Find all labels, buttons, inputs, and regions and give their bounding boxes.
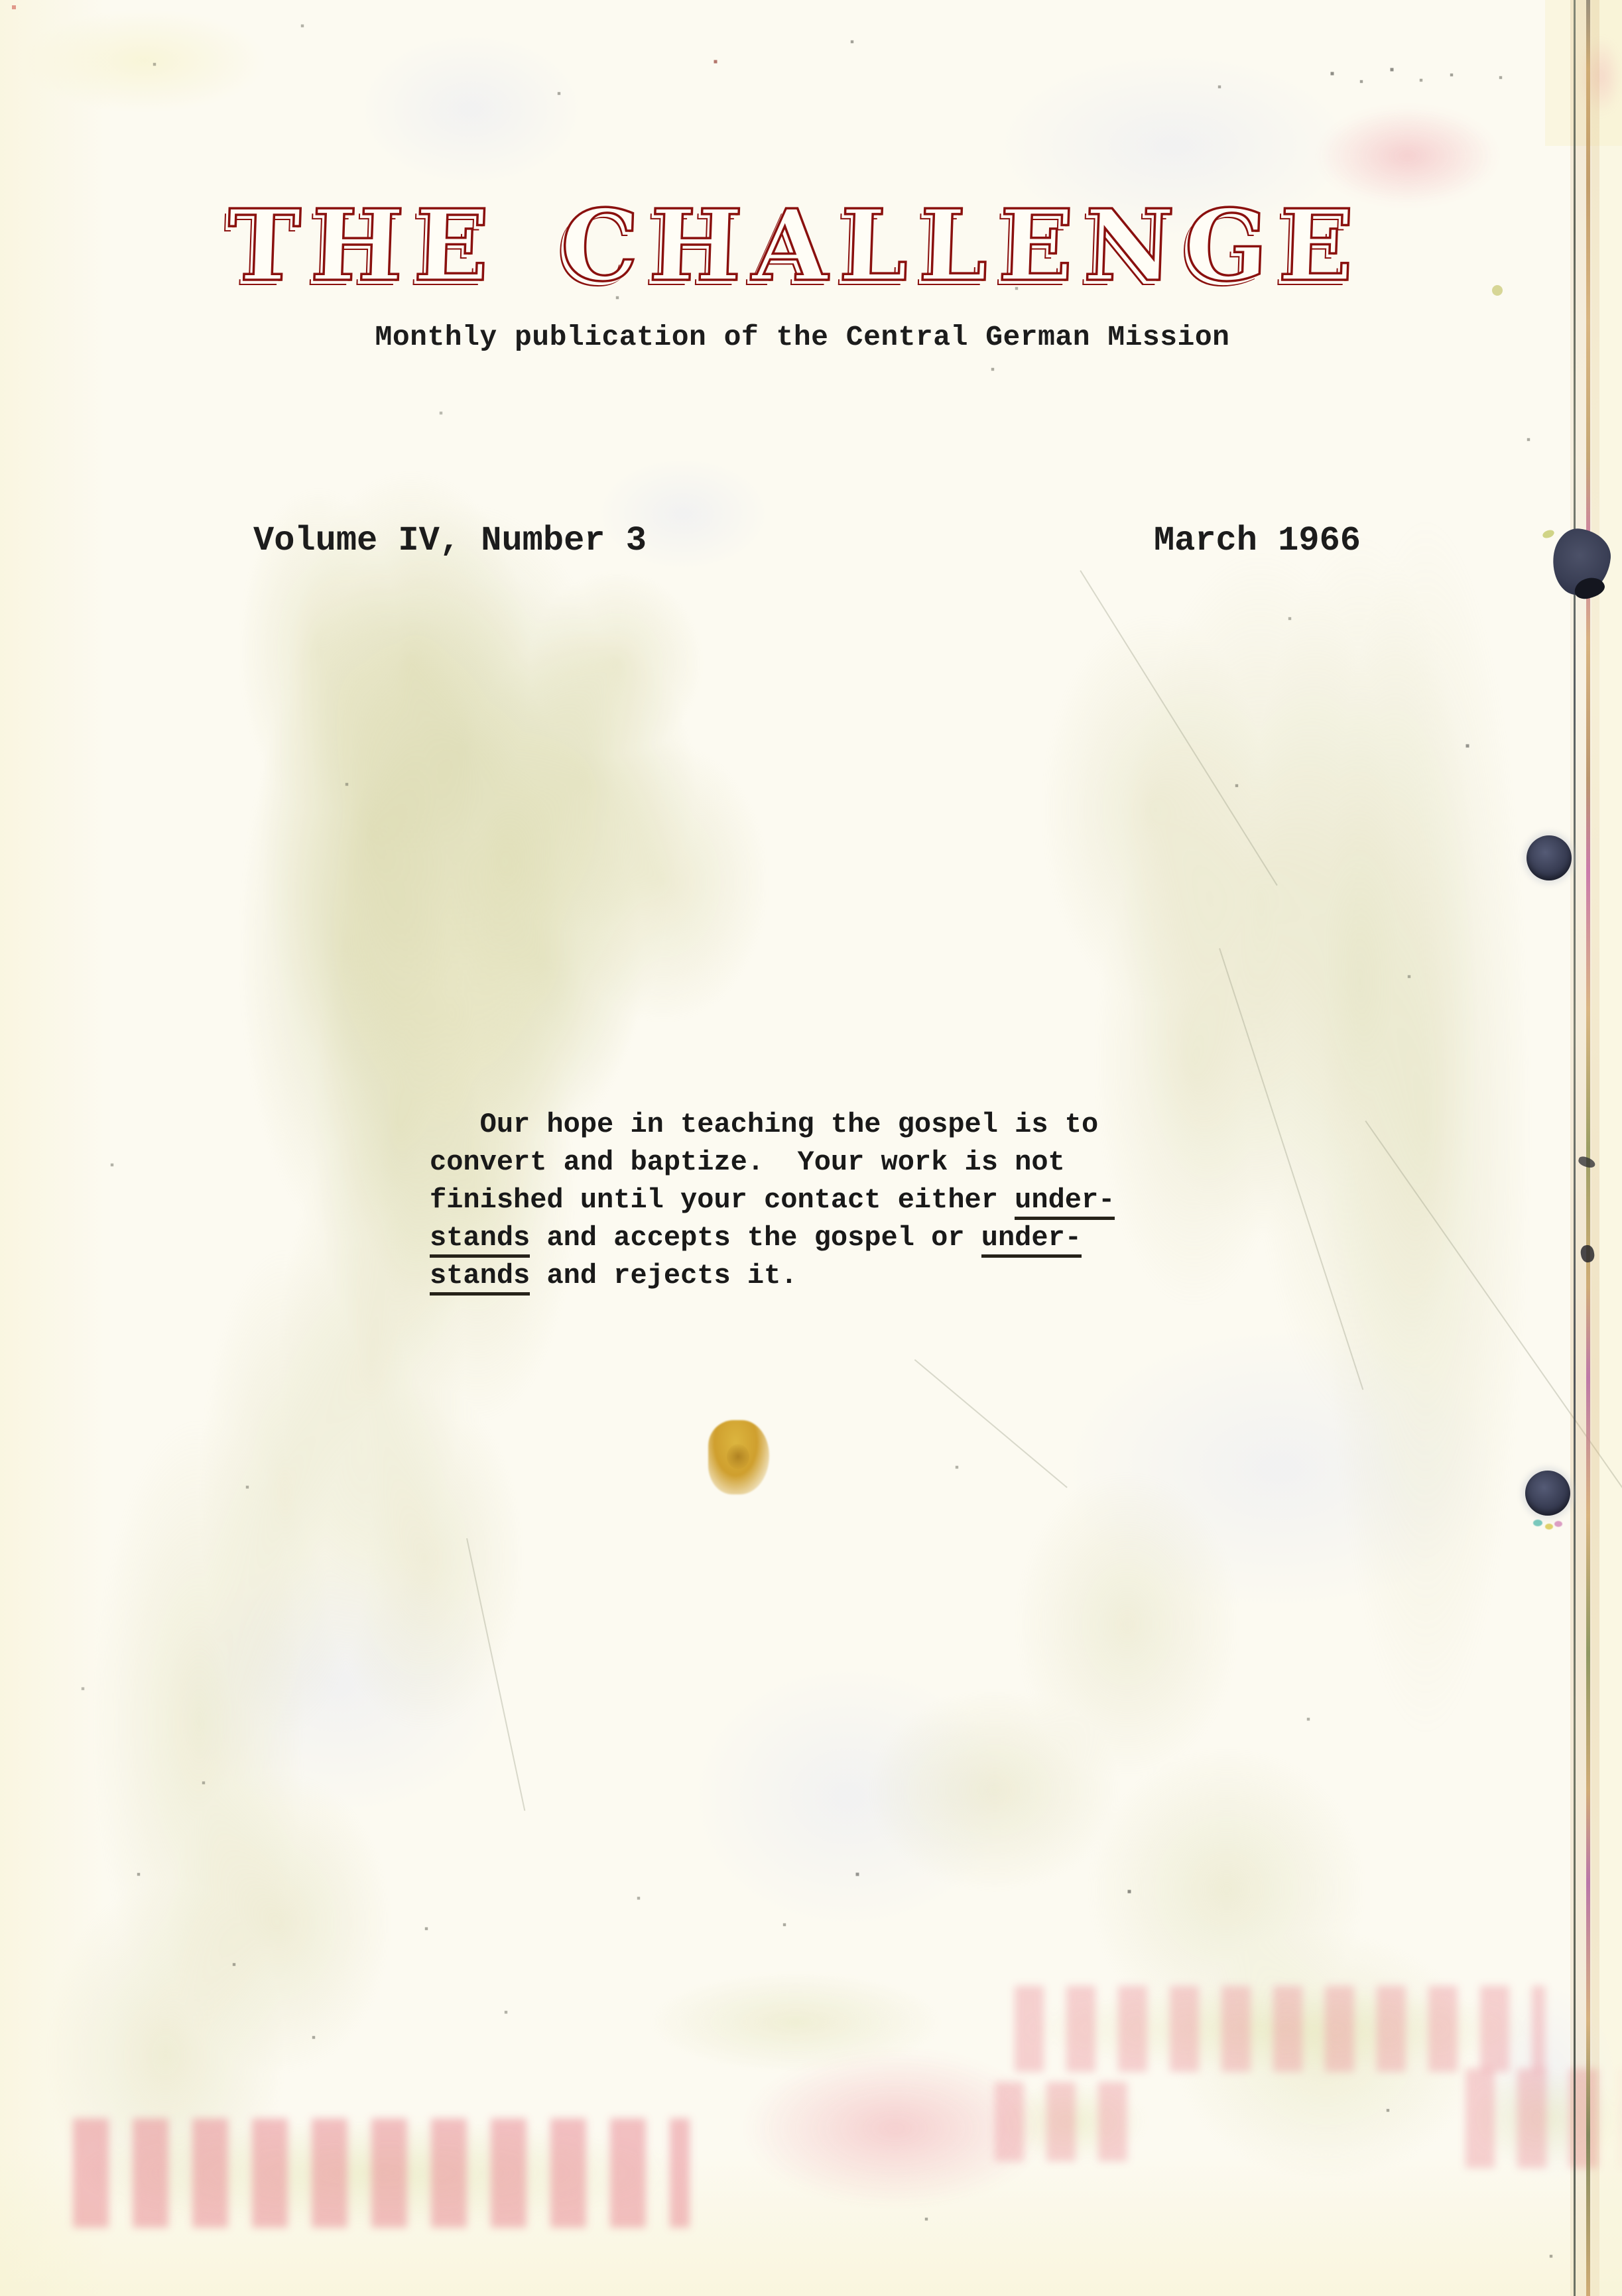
punch-hole bbox=[1525, 1471, 1570, 1516]
quote-line: stands and accepts the gospel or under- bbox=[430, 1219, 1115, 1257]
quote-line: convert and baptize. Your work is not bbox=[430, 1144, 1115, 1181]
masthead-word-the: THE bbox=[225, 196, 501, 294]
quote-block: Our hope in teaching the gospel is tocon… bbox=[430, 1106, 1115, 1295]
underlined-text: under- bbox=[1015, 1184, 1115, 1220]
binding-line bbox=[1586, 0, 1590, 2296]
quote-text: and accepts the gospel or bbox=[530, 1222, 981, 1254]
quote-line: stands and rejects it. bbox=[430, 1257, 1115, 1295]
ghost-print-row bbox=[73, 2118, 690, 2228]
color-fringe bbox=[1554, 1521, 1562, 1527]
ghost-print-row bbox=[1015, 1986, 1545, 2072]
issue-date-label: March 1966 bbox=[1154, 521, 1361, 560]
quote-line: Our hope in teaching the gospel is to bbox=[430, 1106, 1115, 1144]
masthead-title: THE CHALLENGE bbox=[270, 196, 1321, 294]
mustard-stain-core bbox=[727, 1444, 749, 1469]
newsletter-cover-scan: THE CHALLENGE Monthly publication of the… bbox=[0, 0, 1622, 2296]
underlined-text: stands bbox=[430, 1260, 530, 1296]
color-fringe bbox=[1533, 1520, 1542, 1526]
punch-hole bbox=[1527, 835, 1572, 880]
binding-line bbox=[1574, 0, 1576, 2296]
quote-line: finished until your contact either under… bbox=[430, 1181, 1115, 1219]
dust-specks bbox=[0, 0, 1, 1]
volume-number-label: Volume IV, Number 3 bbox=[253, 521, 647, 560]
ink-dot bbox=[1492, 285, 1503, 296]
underlined-text: under- bbox=[981, 1222, 1082, 1258]
quote-text: convert and baptize. Your work is not bbox=[430, 1146, 1065, 1178]
masthead-word-challenge: CHALLENGE bbox=[559, 196, 1366, 294]
masthead-subtitle: Monthly publication of the Central Germa… bbox=[375, 321, 1230, 353]
quote-text: and rejects it. bbox=[530, 1260, 797, 1292]
color-fringe bbox=[1545, 1524, 1553, 1530]
quote-text: Our hope in teaching the gospel is to bbox=[430, 1109, 1098, 1140]
ghost-print-stain bbox=[743, 2049, 1048, 2208]
issue-line: Volume IV, Number 3 March 1966 bbox=[253, 521, 1361, 560]
underlined-text: stands bbox=[430, 1222, 530, 1258]
quote-text: finished until your contact either bbox=[430, 1184, 1015, 1216]
